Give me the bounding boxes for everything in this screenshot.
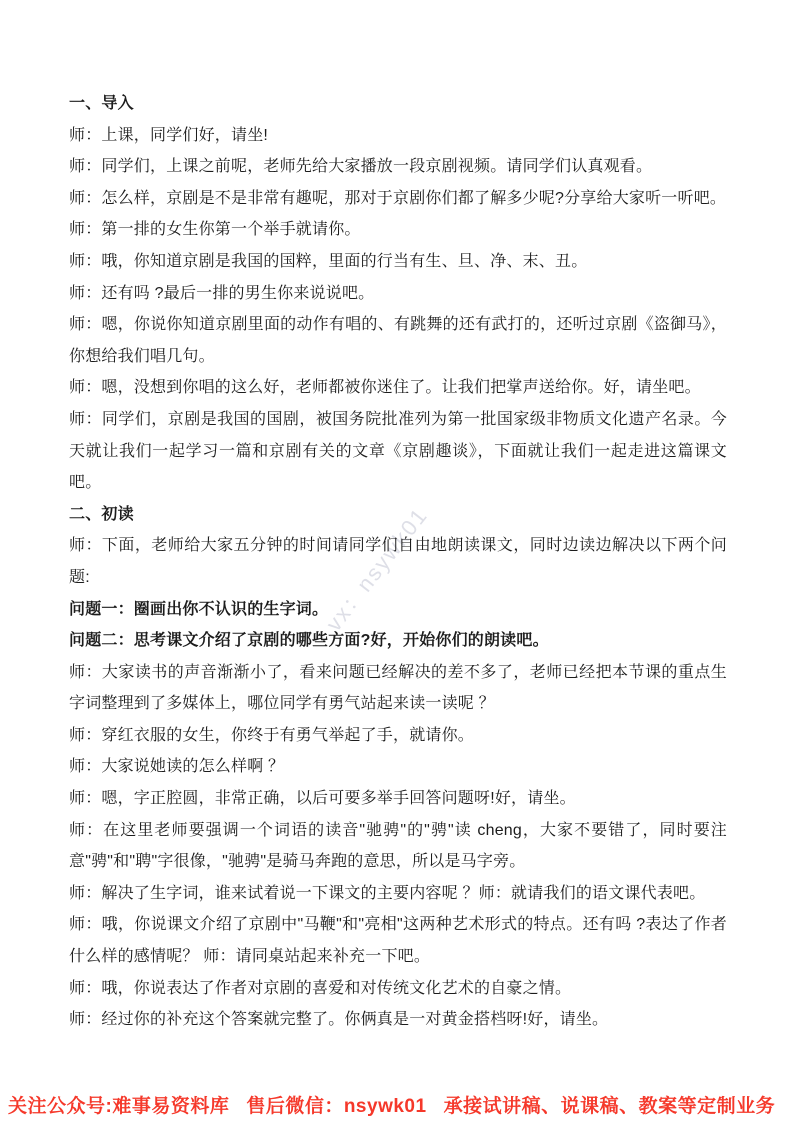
teacher-line: 师：大家读书的声音渐渐小了，看来问题已经解决的差不多了，老师已经把本节课的重点生… (69, 657, 727, 720)
teacher-line: 师：解决了生字词，谁来试着说一下课文的主要内容呢 ？师：就请我们的语文课代表吧。 (69, 878, 727, 910)
document-body: 一、导入师：上课，同学们好，请坐!师：同学们，上课之前呢，老师先给大家播放一段京… (69, 88, 727, 1036)
teacher-line: 师：经过你的补充这个答案就完整了。你俩真是一对黄金搭档呀!好，请坐。 (69, 1004, 727, 1036)
teacher-line: 师：在这里老师要强调一个词语的读音"驰骋"的"骋"读 cheng，大家不要错了，… (69, 815, 727, 878)
teacher-line: 师：哦，你说表达了作者对京剧的喜爱和对传统文化艺术的自豪之情。 (69, 973, 727, 1005)
footer-wechat-id: 售后微信：nsywk01 (246, 1091, 426, 1118)
teacher-line: 师：同学们，京剧是我国的国剧，被国务院批准列为第一批国家级非物质文化遗产名录。今… (69, 404, 727, 499)
teacher-line: 师：第一排的女生你第一个举手就请你。 (69, 214, 727, 246)
teacher-line: 师：下面，老师给大家五分钟的时间请同学们自由地朗读课文，同时边读边解决以下两个问… (69, 530, 727, 593)
teacher-line: 师：嗯，字正腔圆，非常正确，以后可要多举手回答问题呀!好，请坐。 (69, 783, 727, 815)
section-heading: 二、初读 (69, 499, 727, 531)
teacher-line: 师：哦，你说课文介绍了京剧中"马鞭"和"亮相"这两种艺术形式的特点。还有吗 ?表… (69, 909, 727, 972)
teacher-line: 师：嗯，你说你知道京剧里面的动作有唱的、有跳舞的还有武打的，还听过京剧《盗御马》… (69, 309, 727, 372)
footer-official-account: 关注公众号:难事易资料库 (8, 1091, 229, 1118)
section-heading: 一、导入 (69, 88, 727, 120)
teacher-line: 师：怎么样，京剧是不是非常有趣呢，那对于京剧你们都了解多少呢?分享给大家听一听吧… (69, 183, 727, 215)
teacher-line: 师：大家说她读的怎么样啊 ？ (69, 751, 727, 783)
teacher-line: 师：嗯，没想到你唱的这么好，老师都被你迷住了。让我们把掌声送给你。好，请坐吧。 (69, 372, 727, 404)
teacher-line: 师：穿红衣服的女生，你终于有勇气举起了手，就请你。 (69, 720, 727, 752)
teacher-line: 师：同学们，上课之前呢，老师先给大家播放一段京剧视频。请同学们认真观看。 (69, 151, 727, 183)
teacher-line: 师：上课，同学们好，请坐! (69, 120, 727, 152)
footer-promo: 关注公众号:难事易资料库 售后微信：nsywk01 承接试讲稿、说课稿、教案等定… (8, 1091, 793, 1118)
teacher-line: 师：哦，你知道京剧是我国的国粹，里面的行当有生、旦、净、末、丑。 (69, 246, 727, 278)
teacher-line: 师：还有吗 ?最后一排的男生你来说说吧。 (69, 278, 727, 310)
footer-services: 承接试讲稿、说课稿、教案等定制业务 (444, 1091, 776, 1118)
question-line: 问题二：思考课文介绍了京剧的哪些方面?好，开始你们的朗读吧。 (69, 625, 727, 657)
document-page: vx：nsywk01 一、导入师：上课，同学们好，请坐!师：同学们，上课之前呢，… (0, 0, 793, 1122)
question-line: 问题一：圈画出你不认识的生字词。 (69, 594, 727, 626)
